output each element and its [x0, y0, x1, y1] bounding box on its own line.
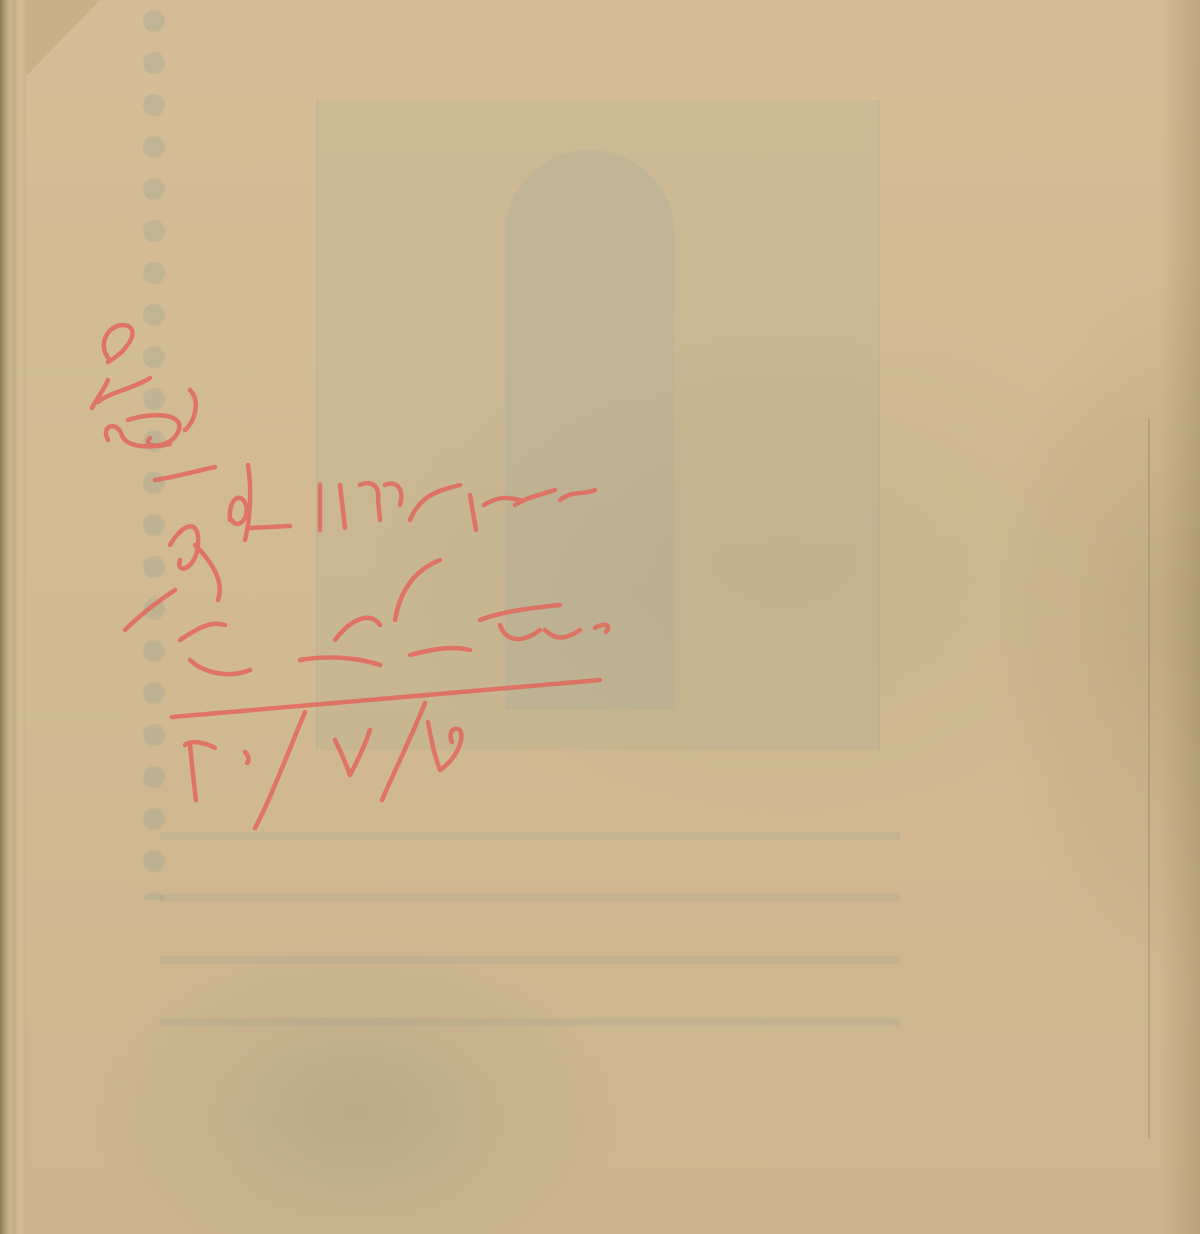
handwriting-word-molaheze — [480, 605, 608, 639]
handwriting-date-line — [230, 465, 595, 540]
fraction-line — [172, 680, 600, 717]
scanned-page: در ۱۶/۱۲/۱۳۳۰ از ... جلد ... ... ایشان م… — [0, 0, 1200, 1234]
handwriting-second-line — [125, 526, 250, 674]
red-pencil-annotation — [0, 0, 1200, 1234]
handwriting-word-gardid — [300, 560, 470, 665]
handwriting-date-bottom — [185, 703, 461, 828]
handwriting-word-jeld — [106, 415, 179, 446]
handwriting-mark-top — [92, 325, 150, 408]
